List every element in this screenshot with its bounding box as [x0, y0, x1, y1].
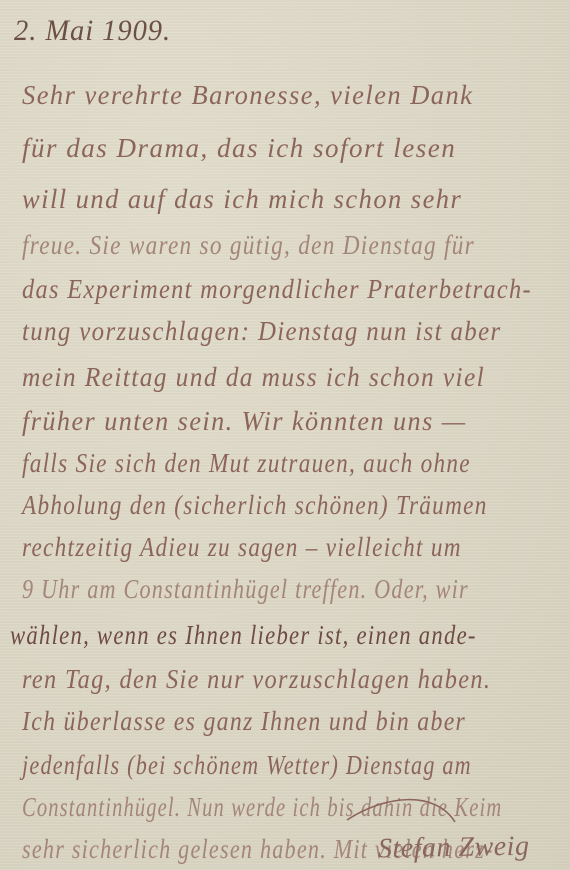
letter-line-4: freue. Sie waren so gütig, den Dienstag …: [22, 230, 475, 261]
letter-line-15: Ich überlasse es ganz Ihnen und bin aber: [22, 706, 466, 737]
letter-line-8: früher unten sein. Wir könnten uns —: [22, 406, 466, 437]
letter-line-14: ren Tag, den Sie nur vorzuschlagen haben…: [22, 664, 491, 695]
letter-line-6: tung vorzuschlagen: Dienstag nun ist abe…: [22, 316, 502, 347]
handwritten-letter: 2. Mai 1909. Sehr verehrte Baronesse, vi…: [0, 0, 570, 870]
letter-line-13: wählen, wenn es Ihnen lieber ist, einen …: [10, 620, 477, 651]
letter-line-1: Sehr verehrte Baronesse, vielen Dank: [22, 80, 473, 111]
signature: Stefan Zweig: [378, 831, 530, 866]
letter-line-9: falls Sie sich den Mut zutrauen, auch oh…: [22, 448, 471, 479]
letter-line-11: rechtzeitig Adieu zu sagen – vielleicht …: [22, 532, 462, 563]
letter-line-16: jedenfalls (bei schönem Wetter) Dienstag…: [22, 750, 472, 781]
letter-line-3: will und auf das ich mich schon sehr: [22, 184, 462, 215]
letter-line-10: Abholung den (sicherlich schönen) Träume…: [22, 490, 488, 521]
letter-date: 2. Mai 1909.: [14, 14, 171, 48]
letter-line-7: mein Reittag und da muss ich schon viel: [22, 362, 485, 393]
letter-line-5: das Experiment morgendlicher Praterbetra…: [22, 274, 532, 305]
closing-flourish-icon: [345, 790, 465, 830]
letter-line-2: für das Drama, das ich sofort lesen: [22, 133, 456, 164]
letter-line-12: 9 Uhr am Constantinhügel treffen. Oder, …: [22, 574, 469, 605]
